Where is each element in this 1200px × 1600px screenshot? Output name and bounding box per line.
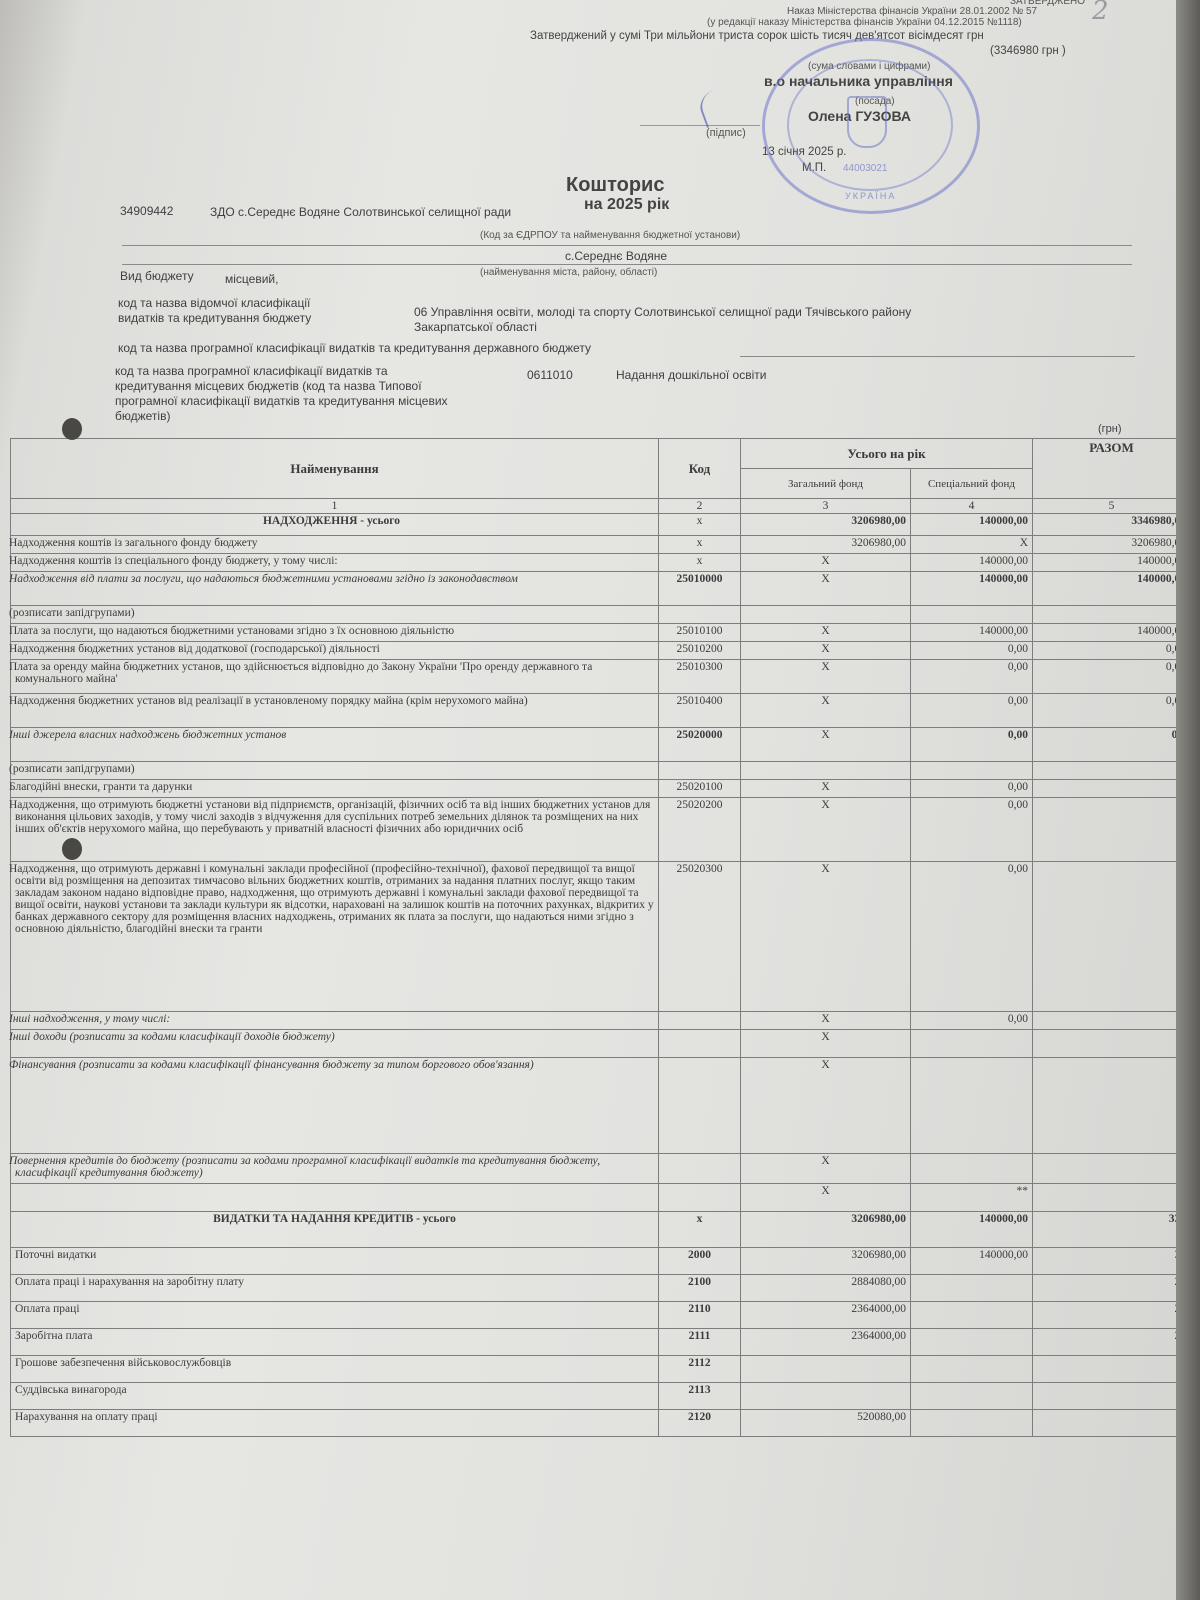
local-program-name: Надання дошкільної освіти <box>616 368 766 383</box>
row-code: 25010200 <box>659 642 741 660</box>
expense-row: Оплата праці21102364000,0023 <box>11 1302 1177 1329</box>
row-special-fund: 0,00 <box>911 1012 1033 1030</box>
row-total <box>1033 1410 1177 1437</box>
currency-unit: (грн) <box>1098 422 1122 437</box>
row-code <box>659 1030 741 1058</box>
row-special-fund <box>911 1383 1033 1410</box>
row-general-fund: Х <box>741 694 911 728</box>
income-row: Надходження від плати за послуги, що над… <box>11 572 1177 606</box>
row-special-fund: 140000,00 <box>911 624 1033 642</box>
income-row: Повернення кредитів до бюджету (розписат… <box>11 1154 1177 1184</box>
official-seal: 44003021 УКРАЇНА <box>762 38 980 214</box>
row-code: х <box>659 1212 741 1248</box>
local-program-label-4: бюджетів) <box>115 409 170 424</box>
expense-row: Оплата праці і нарахування на заробітну … <box>11 1275 1177 1302</box>
income-row: Плата за послуги, що надаються бюджетним… <box>11 624 1177 642</box>
header-general-fund: Загальний фонд <box>741 469 911 499</box>
row-code: 2110 <box>659 1302 741 1329</box>
row-name: Надходження бюджетних установ від додатк… <box>11 642 659 660</box>
row-general-fund: 3206980,00 <box>741 514 911 536</box>
row-name: Заробітна плата <box>11 1329 659 1356</box>
document-page: 2 ЗАТВЕРДЖЕНО Наказ Міністерства фінансі… <box>0 0 1176 1600</box>
row-total: 23 <box>1033 1329 1177 1356</box>
handwritten-page-number: 2 <box>1092 0 1109 26</box>
row-general-fund <box>741 606 911 624</box>
income-row: Надходження, що отримують бюджетні устан… <box>11 798 1177 862</box>
row-code <box>659 606 741 624</box>
row-general-fund: Х <box>741 862 911 1012</box>
row-code: х <box>659 536 741 554</box>
row-total: 334 <box>1033 1212 1177 1248</box>
col-num-1: 1 <box>11 499 659 514</box>
income-row: (розписати запідгрупами) <box>11 762 1177 780</box>
row-general-fund: Х <box>741 1012 911 1030</box>
row-code: 25010400 <box>659 694 741 728</box>
row-name: ВИДАТКИ ТА НАДАННЯ КРЕДИТІВ - усього <box>11 1212 659 1248</box>
col-num-5: 5 <box>1033 499 1177 514</box>
row-special-fund <box>911 1275 1033 1302</box>
row-total: 28 <box>1033 1275 1177 1302</box>
local-program-label-3: програмної класифікації видатків та кред… <box>115 394 448 409</box>
row-code <box>659 1058 741 1154</box>
locality: с.Середнє Водяне <box>565 249 667 264</box>
row-general-fund: Х <box>741 660 911 694</box>
row-code: 25010100 <box>659 624 741 642</box>
local-program-label-2: кредитування місцевих бюджетів (код та н… <box>115 379 422 394</box>
income-row: Надходження коштів із спеціального фонду… <box>11 554 1177 572</box>
document-subtitle: на 2025 рік <box>584 196 669 214</box>
row-name: Оплата праці і нарахування на заробітну … <box>11 1275 659 1302</box>
row-code: 2112 <box>659 1356 741 1383</box>
row-name: Плата за оренду майна бюджетних установ,… <box>11 660 659 694</box>
row-general-fund: Х <box>741 554 911 572</box>
header-year-total: Усього на рік <box>741 439 1033 469</box>
row-total <box>1033 1154 1177 1184</box>
row-special-fund: ** <box>911 1184 1033 1212</box>
row-general-fund: Х <box>741 1030 911 1058</box>
row-special-fund: 0,00 <box>911 694 1033 728</box>
row-name: Надходження, що отримують державні і ком… <box>11 862 659 1012</box>
income-row: НАДХОДЖЕННЯ - усьогох3206980,00140000,00… <box>11 514 1177 536</box>
row-general-fund <box>741 1356 911 1383</box>
row-code: 25010300 <box>659 660 741 694</box>
local-program-code: 0611010 <box>527 368 573 383</box>
row-general-fund: Х <box>741 1154 911 1184</box>
income-row: Фінансування (розписати за кодами класиф… <box>11 1058 1177 1154</box>
row-code: 2113 <box>659 1383 741 1410</box>
row-general-fund: Х <box>741 1058 911 1154</box>
row-total <box>1033 762 1177 780</box>
state-program-label: код та назва програмної класифікації вид… <box>118 341 591 356</box>
col-num-4: 4 <box>911 499 1033 514</box>
row-name: Грошове забезпечення військовослужбовців <box>11 1356 659 1383</box>
locality-caption: (найменування міста, району, області) <box>480 267 657 278</box>
row-code: 2120 <box>659 1410 741 1437</box>
punch-hole <box>62 418 82 440</box>
row-name: Нарахування на оплату праці <box>11 1410 659 1437</box>
row-special-fund: 140000,00 <box>911 554 1033 572</box>
expense-row: Нарахування на оплату праці2120520080,00 <box>11 1410 1177 1437</box>
expense-row: Поточні видатки20003206980,00140000,0033 <box>11 1248 1177 1275</box>
row-general-fund: Х <box>741 572 911 606</box>
row-name: Надходження коштів із загального фонду б… <box>11 536 659 554</box>
order-line-2: (у редакції наказу Міністерства фінансів… <box>707 17 1022 28</box>
income-row: Інші джерела власних надходжень бюджетни… <box>11 728 1177 762</box>
row-total: 0,00 <box>1033 660 1177 694</box>
row-total: 33 <box>1033 1248 1177 1275</box>
row-general-fund: 3206980,00 <box>741 1248 911 1275</box>
row-name: Поточні видатки <box>11 1248 659 1275</box>
row-name: Оплата праці <box>11 1302 659 1329</box>
document-title: Кошторис <box>566 174 664 197</box>
row-name: НАДХОДЖЕННЯ - усього <box>11 514 659 536</box>
row-special-fund: 0,00 <box>911 798 1033 862</box>
signature-caption: (підпис) <box>706 127 746 139</box>
row-special-fund <box>911 1410 1033 1437</box>
row-special-fund <box>911 1058 1033 1154</box>
seal-code: 44003021 <box>843 163 888 174</box>
expense-row: Суддівська винагорода2113 <box>11 1383 1177 1410</box>
coat-of-arms-icon <box>847 96 887 148</box>
approved-sum-words: Затверджений у сумі Три мільйони триста … <box>530 30 984 42</box>
expense-row: ВИДАТКИ ТА НАДАННЯ КРЕДИТІВ - усьогох320… <box>11 1212 1177 1248</box>
dept-class-label-2: видатків та кредитування бюджету <box>118 311 311 326</box>
row-general-fund: Х <box>741 780 911 798</box>
row-name: Інші надходження, у тому числі: <box>11 1012 659 1030</box>
col-num-2: 2 <box>659 499 741 514</box>
row-name: (розписати запідгрупами) <box>11 606 659 624</box>
row-total: 0, <box>1033 780 1177 798</box>
row-total <box>1033 1058 1177 1154</box>
income-row: Плата за оренду майна бюджетних установ,… <box>11 660 1177 694</box>
row-name: Надходження від плати за послуги, що над… <box>11 572 659 606</box>
row-general-fund: 3206980,00 <box>741 1212 911 1248</box>
row-name: (розписати запідгрупами) <box>11 762 659 780</box>
row-total <box>1033 606 1177 624</box>
row-special-fund: 0,00 <box>911 728 1033 762</box>
order-line-1: Наказ Міністерства фінансів України 28.0… <box>787 6 1037 17</box>
row-special-fund: 140000,00 <box>911 1212 1033 1248</box>
row-code: 25020100 <box>659 780 741 798</box>
row-total: 0, <box>1033 798 1177 862</box>
row-total <box>1033 862 1177 1012</box>
dept-class-value-1: 06 Управління освіти, молоді та спорту С… <box>414 305 911 320</box>
budget-type-label: Вид бюджету <box>120 269 194 284</box>
row-total: 0,0 <box>1033 728 1177 762</box>
local-program-label-1: код та назва програмної класифікації вид… <box>115 364 388 379</box>
row-general-fund: Х <box>741 798 911 862</box>
row-total: 140000,00 <box>1033 554 1177 572</box>
income-row: Інші доходи (розписати за кодами класифі… <box>11 1030 1177 1058</box>
institution-caption: (Код за ЄДРПОУ та найменування бюджетної… <box>480 230 740 241</box>
row-total <box>1033 1383 1177 1410</box>
row-total: 140000,00 <box>1033 572 1177 606</box>
row-total: 0,00 <box>1033 694 1177 728</box>
row-special-fund: 0,00 <box>911 862 1033 1012</box>
income-row: Надходження бюджетних установ від реаліз… <box>11 694 1177 728</box>
row-code: 25020000 <box>659 728 741 762</box>
row-code: х <box>659 554 741 572</box>
row-total: 140000,00 <box>1033 624 1177 642</box>
row-total: 0,00 <box>1033 642 1177 660</box>
estimate-table: Найменування Код Усього на рік РАЗОМ Заг… <box>10 438 1176 1437</box>
row-general-fund <box>741 762 911 780</box>
row-total: 3346980,00 <box>1033 514 1177 536</box>
row-name <box>11 1184 659 1212</box>
row-special-fund: 0,00 <box>911 660 1033 694</box>
row-total <box>1033 1012 1177 1030</box>
income-row: Інші надходження, у тому числі:Х0,00 <box>11 1012 1177 1030</box>
row-code: 25010000 <box>659 572 741 606</box>
expense-row: Заробітна плата21112364000,0023 <box>11 1329 1177 1356</box>
row-code <box>659 1184 741 1212</box>
row-total <box>1033 1030 1177 1058</box>
row-name: Надходження, що отримують бюджетні устан… <box>11 798 659 862</box>
row-general-fund: Х <box>741 642 911 660</box>
row-special-fund <box>911 606 1033 624</box>
row-total: 23 <box>1033 1302 1177 1329</box>
row-special-fund: 140000,00 <box>911 572 1033 606</box>
row-name: Суддівська винагорода <box>11 1383 659 1410</box>
row-special-fund: Х <box>911 536 1033 554</box>
dept-class-value-2: Закарпатської області <box>414 320 537 335</box>
row-name: Інші джерела власних надходжень бюджетни… <box>11 728 659 762</box>
row-code: 2000 <box>659 1248 741 1275</box>
header-code: Код <box>659 439 741 499</box>
row-name: Надходження коштів із спеціального фонду… <box>11 554 659 572</box>
row-code: 25020200 <box>659 798 741 862</box>
income-row: Х*** <box>11 1184 1177 1212</box>
row-code <box>659 762 741 780</box>
institution-name: ЗДО с.Середнє Водяне Солотвинської селищ… <box>210 205 511 220</box>
row-special-fund <box>911 1154 1033 1184</box>
row-total: * <box>1033 1184 1177 1212</box>
row-name: Повернення кредитів до бюджету (розписат… <box>11 1154 659 1184</box>
row-code <box>659 1012 741 1030</box>
col-num-3: 3 <box>741 499 911 514</box>
row-name: Благодійні внески, гранти та дарунки <box>11 780 659 798</box>
punch-hole <box>62 838 82 860</box>
row-special-fund <box>911 1329 1033 1356</box>
row-code: х <box>659 514 741 536</box>
header-total: РАЗОМ <box>1033 439 1177 499</box>
signature-mark <box>695 82 746 128</box>
row-general-fund: 520080,00 <box>741 1410 911 1437</box>
row-code <box>659 1154 741 1184</box>
row-special-fund <box>911 762 1033 780</box>
row-special-fund: 0,00 <box>911 780 1033 798</box>
row-special-fund: 140000,00 <box>911 1248 1033 1275</box>
row-name: Плата за послуги, що надаються бюджетним… <box>11 624 659 642</box>
row-general-fund: Х <box>741 728 911 762</box>
row-total <box>1033 1356 1177 1383</box>
expense-row: Грошове забезпечення військовослужбовців… <box>11 1356 1177 1383</box>
row-code: 2100 <box>659 1275 741 1302</box>
row-total: 3206980,00 <box>1033 536 1177 554</box>
row-code: 25020300 <box>659 862 741 1012</box>
row-name: Інші доходи (розписати за кодами класифі… <box>11 1030 659 1058</box>
seal-country: УКРАЇНА <box>845 191 896 201</box>
approved-sum-digits: (3346980 грн ) <box>990 45 1066 57</box>
row-special-fund <box>911 1356 1033 1383</box>
budget-type-value: місцевий, <box>225 272 278 287</box>
income-row: Благодійні внески, гранти та дарунки2502… <box>11 780 1177 798</box>
dept-class-label-1: код та назва відомчої класифікації <box>118 296 310 311</box>
header-name: Найменування <box>11 439 659 499</box>
income-row: Надходження, що отримують державні і ком… <box>11 862 1177 1012</box>
row-general-fund: 2364000,00 <box>741 1329 911 1356</box>
row-general-fund: 2884080,00 <box>741 1275 911 1302</box>
row-special-fund <box>911 1030 1033 1058</box>
row-general-fund: Х <box>741 1184 911 1212</box>
income-row: (розписати запідгрупами) <box>11 606 1177 624</box>
institution-code: 34909442 <box>120 204 173 219</box>
row-special-fund <box>911 1302 1033 1329</box>
row-general-fund: 3206980,00 <box>741 536 911 554</box>
row-general-fund: Х <box>741 624 911 642</box>
income-row: Надходження коштів із загального фонду б… <box>11 536 1177 554</box>
row-name: Фінансування (розписати за кодами класиф… <box>11 1058 659 1154</box>
page-edge <box>1176 0 1200 1600</box>
row-special-fund: 140000,00 <box>911 514 1033 536</box>
header-special-fund: Спеціальний фонд <box>911 469 1033 499</box>
row-general-fund: 2364000,00 <box>741 1302 911 1329</box>
row-code: 2111 <box>659 1329 741 1356</box>
income-row: Надходження бюджетних установ від додатк… <box>11 642 1177 660</box>
row-special-fund: 0,00 <box>911 642 1033 660</box>
row-general-fund <box>741 1383 911 1410</box>
row-name: Надходження бюджетних установ від реаліз… <box>11 694 659 728</box>
